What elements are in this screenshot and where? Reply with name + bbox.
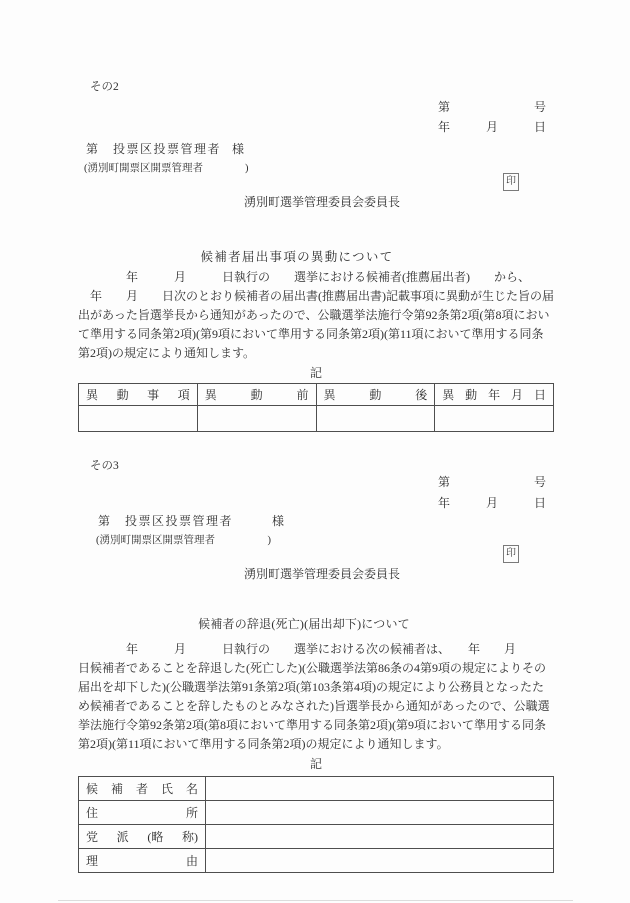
empty-cell bbox=[197, 406, 316, 432]
change-notification-table: 異動事項 異動前 異動後 異動年月日 bbox=[78, 383, 554, 432]
sender-name-3: 湧別町選挙管理委員会委員長 bbox=[244, 567, 400, 581]
empty-cell bbox=[206, 825, 554, 849]
document-title-2: 候補者届出事項の異動について bbox=[78, 250, 516, 264]
body-text-line: て準用する同条第2項)(第9項において準用する同条第2項)(第11項において準用… bbox=[78, 325, 554, 344]
body-text-line: 第2項)の規定により通知します。 bbox=[78, 344, 554, 363]
table-empty-row bbox=[79, 406, 554, 432]
sender-name-2: 湧別町選挙管理委員会委員長 bbox=[244, 195, 400, 209]
label-cell-reason: 理由 bbox=[79, 849, 206, 873]
seal-stamp-3: 印 bbox=[503, 545, 519, 563]
body-text-line: 年 月 日執行の 選挙における候補者(推薦届出者) から、 bbox=[78, 268, 554, 287]
label-cell-address: 住所 bbox=[79, 801, 206, 825]
sender-line-3: 湧別町選挙管理委員会委員長 印 bbox=[78, 552, 554, 612]
label-cell-candidate-name: 候補者氏名 bbox=[79, 777, 206, 801]
header-cell-change-item: 異動事項 bbox=[79, 384, 198, 406]
recipient-honorific-2: 様 bbox=[232, 142, 244, 157]
recipient-name-3: 第 投票区投票管理者 bbox=[98, 514, 233, 528]
body-text-line: 日候補者であることを辞退した(死亡した)(公職選挙法第86条の4第9項の規定によ… bbox=[78, 659, 554, 678]
header-cell-after-change: 異動後 bbox=[316, 384, 435, 406]
ki-marker-3: 記 bbox=[78, 754, 554, 774]
scan-edge-artifact bbox=[58, 900, 573, 901]
seal-stamp-2: 印 bbox=[503, 173, 519, 191]
empty-cell bbox=[79, 406, 198, 432]
table-row: 候補者氏名 bbox=[79, 777, 554, 801]
body-text-line: め候補者であることを辞したものとみなされた)旨選挙長から通知があったので、公職選 bbox=[78, 697, 554, 716]
table-row: 住所 bbox=[79, 801, 554, 825]
scanned-form-page: その2 第 号 年 月 日 第 投票区投票管理者様 (湧別町開票区開票管理者 )… bbox=[0, 0, 630, 903]
recipient-paren-line-2: (湧別町開票区開票管理者 ) bbox=[84, 162, 554, 175]
sender-line-2: 湧別町選挙管理委員会委員長 印 bbox=[78, 180, 554, 240]
part-label-2: その2 bbox=[90, 80, 554, 94]
date-line-3: 年 月 日 bbox=[78, 496, 554, 510]
table-row: 理由 bbox=[79, 849, 554, 873]
header-cell-before-change: 異動前 bbox=[197, 384, 316, 406]
body-text-line: 年 月 日執行の 選挙における次の候補者は、 年 月 bbox=[78, 640, 554, 659]
document-title-3: 候補者の辞退(死亡)(届出却下)について bbox=[78, 617, 530, 631]
date-line-2: 年 月 日 bbox=[78, 120, 554, 134]
recipient-line-2: 第 投票区投票管理者様 bbox=[86, 142, 554, 157]
empty-cell bbox=[206, 801, 554, 825]
label-cell-party: 党派(略称) bbox=[79, 825, 206, 849]
header-cell-change-date: 異動年月日 bbox=[435, 384, 554, 406]
table-header-row: 異動事項 異動前 異動後 異動年月日 bbox=[79, 384, 554, 406]
empty-cell bbox=[316, 406, 435, 432]
recipient-paren-line-3: (湧別町開票区開票管理者 ) bbox=[96, 534, 554, 547]
table-row: 党派(略称) bbox=[79, 825, 554, 849]
recipient-name-2: 第 投票区投票管理者 bbox=[86, 142, 221, 156]
document-number-line-2: 第 号 bbox=[78, 100, 554, 114]
body-text-line: 年 月 日次のとおり候補者の届出書(推薦届出書)記載事項に異動が生じた旨の届 bbox=[78, 287, 554, 306]
body-text-line: 第2項)(第11項において準用する同条第2項)の規定により通知します。 bbox=[78, 735, 554, 754]
body-text-line: 出があった旨選挙長から通知があったので、公職選挙法施行令第92条第2項(第8項に… bbox=[78, 306, 554, 325]
part-label-3: その3 bbox=[90, 459, 554, 473]
recipient-line-3: 第 投票区投票管理者様 bbox=[98, 514, 554, 529]
body-text-line: 届出を却下した)(公職選挙法第91条第2項(第103条第4項)の規定により公務員… bbox=[78, 678, 554, 697]
ki-marker-2: 記 bbox=[78, 363, 554, 383]
document-number-line-3: 第 号 bbox=[78, 475, 554, 489]
candidate-withdrawal-table: 候補者氏名 住所 党派(略称) 理由 bbox=[78, 776, 554, 873]
empty-cell bbox=[435, 406, 554, 432]
body-text-line: 挙法施行令第92条第2項(第8項において準用する同条第2項)(第9項において準用… bbox=[78, 716, 554, 735]
recipient-honorific-3: 様 bbox=[272, 514, 284, 529]
empty-cell bbox=[206, 849, 554, 873]
empty-cell bbox=[206, 777, 554, 801]
